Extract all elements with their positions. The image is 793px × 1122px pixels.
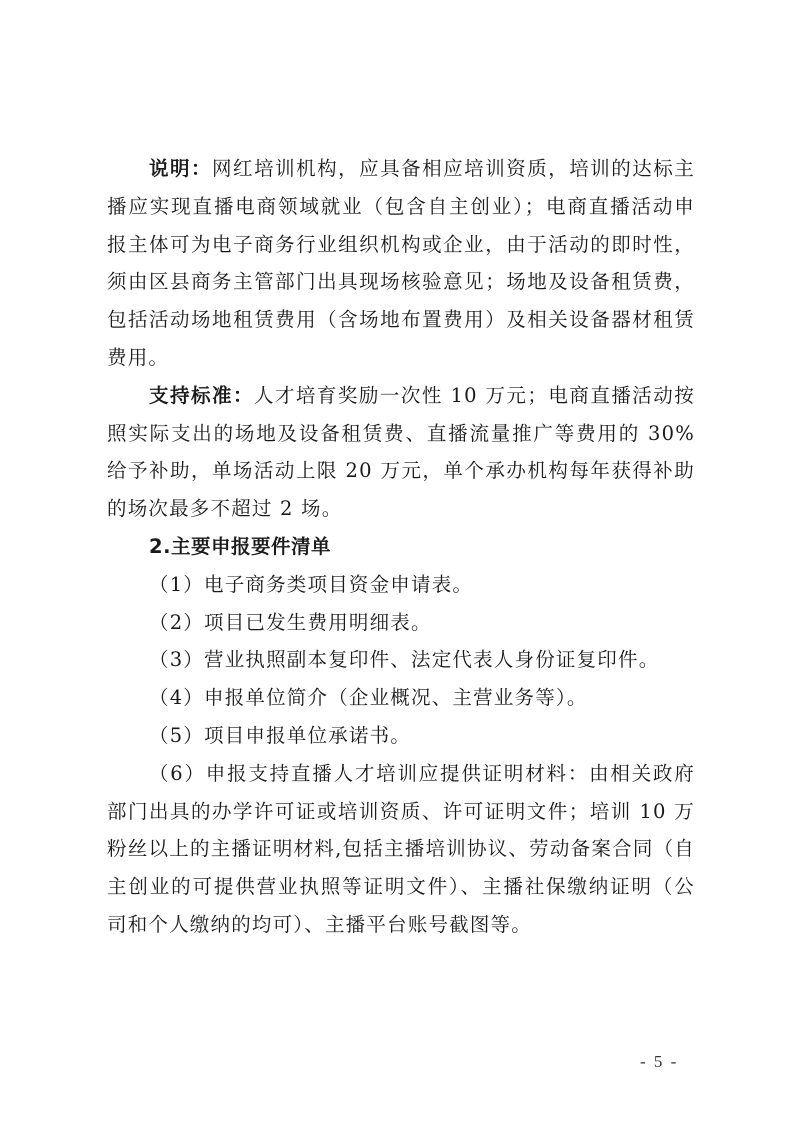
document-body: 说明：网红培训机构，应具备相应培训资质，培训的达标主 播应实现直播电商领域就业（…: [107, 150, 695, 944]
text-line: 包括活动场地租赁费用（含场地布置费用）及相关设备器材租赁: [107, 301, 695, 339]
explanation-label: 说明：: [149, 157, 212, 180]
support-standard-paragraph: 支持标准：人才培育奖励一次性 10 万元；电商直播活动按 照实际支出的场地及设备…: [107, 377, 695, 528]
text-line: （6）申报支持直播人才培训应提供证明材料：由相关政府: [107, 755, 695, 793]
explanation-paragraph: 说明：网红培训机构，应具备相应培训资质，培训的达标主 播应实现直播电商领域就业（…: [107, 150, 695, 377]
text-line: 给予补助，单场活动上限 20 万元，单个承办机构每年获得补助: [107, 452, 695, 490]
list-item: （2）项目已发生费用明细表。: [107, 604, 695, 642]
text-line: 主创业的可提供营业执照等证明文件）、主播社保缴纳证明（公: [107, 868, 695, 906]
text-line: 部门出具的办学许可证或培训资质、许可证明文件；培训 10 万: [107, 793, 695, 831]
support-standard-label: 支持标准：: [149, 384, 254, 407]
page-number: - 5 -: [640, 1052, 678, 1072]
list-item: （6）申报支持直播人才培训应提供证明材料：由相关政府 部门出具的办学许可证或培训…: [107, 755, 695, 944]
text-line: 的场次最多不超过 2 场。: [107, 490, 695, 528]
text-line: 支持标准：人才培育奖励一次性 10 万元；电商直播活动按: [107, 377, 695, 415]
text-line: 司和个人缴纳的均可）、主播平台账号截图等。: [107, 906, 695, 944]
requirements-list: （1）电子商务类项目资金申请表。 （2）项目已发生费用明细表。 （3）营业执照副…: [107, 566, 695, 944]
text-line: 须由区县商务主管部门出具现场核验意见；场地及设备租赁费，: [107, 263, 695, 301]
list-item: （3）营业执照副本复印件、法定代表人身份证复印件。: [107, 641, 695, 679]
list-item: （4）申报单位简介（企业概况、主营业务等）。: [107, 679, 695, 717]
list-item: （5）项目申报单位承诺书。: [107, 717, 695, 755]
text-line: 费用。: [107, 339, 695, 377]
text-line: 报主体可为电子商务行业组织机构或企业，由于活动的即时性，: [107, 226, 695, 264]
section-heading: 2.主要申报要件清单: [107, 528, 695, 566]
text-line: 说明：网红培训机构，应具备相应培训资质，培训的达标主: [107, 150, 695, 188]
list-item: （1）电子商务类项目资金申请表。: [107, 566, 695, 604]
text-line: 粉丝以上的主播证明材料,包括主播培训协议、劳动备案合同（自: [107, 830, 695, 868]
text-line: 照实际支出的场地及设备租赁费、直播流量推广等费用的 30%: [107, 415, 695, 453]
text-line: 播应实现直播电商领域就业（包含自主创业）；电商直播活动申: [107, 188, 695, 226]
document-page: 说明：网红培训机构，应具备相应培训资质，培训的达标主 播应实现直播电商领域就业（…: [0, 0, 793, 1122]
